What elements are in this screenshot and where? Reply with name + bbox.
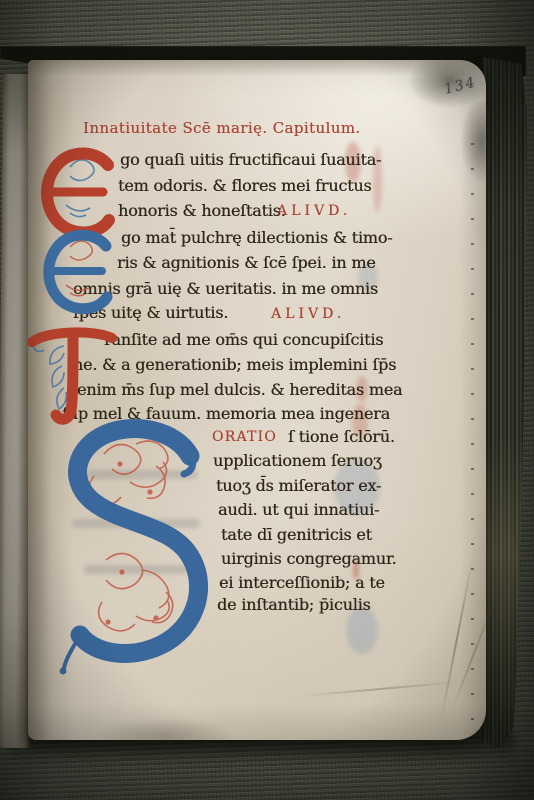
text-line: upplicationem ſeruoʒ	[213, 453, 382, 469]
aliud-rubric: ALIVD.	[271, 307, 345, 321]
text-line: uirginis congregamur.	[221, 551, 396, 567]
text-line: ris & agnitionis & ſcē ſpei. in me	[117, 255, 376, 271]
text-line: go quaſi uitis fructificaui ſuauita-	[120, 152, 381, 168]
rubric-heading: Innatiuitate Scē marię. Capitulum.	[83, 121, 361, 136]
letter-s-stroke	[77, 429, 198, 654]
initial-s-blue	[38, 422, 218, 674]
text-line: tuoʒ d̄s miſerator ex-	[216, 478, 381, 494]
oratio-rubric: ORATIO	[212, 430, 277, 444]
text-line: audi. ut qui innatiui-	[218, 502, 379, 518]
initial-e-blue	[42, 229, 118, 315]
text-line: tate dī genitricis et	[221, 527, 372, 543]
text-line: tem odoris. & flores mei fructus	[118, 178, 371, 194]
text-line: go mat̄ pulchrę dilectionis & timo-	[121, 230, 392, 246]
photo-background: { "page": { "folio_number": "134" }, "te…	[0, 0, 534, 800]
text-line: ei interceſſionib; a te	[219, 575, 385, 591]
text-line: omnis grā uię & ueritatis. in me omnis	[73, 281, 378, 297]
text-line: de inſtantib; p̄iculis	[217, 597, 371, 613]
text-line: enim m̄s ſup mel dulcis. & hereditas mea	[77, 382, 402, 398]
initial-t-red	[26, 320, 118, 428]
text-line: ſ tione ſclōrū.	[288, 429, 395, 445]
initial-e-red	[40, 147, 120, 239]
aliud-rubric: ALIVD.	[277, 204, 351, 218]
text-line: ranſite ad me om̄s qui concupiſcitis	[104, 332, 383, 348]
pricking-holes	[471, 143, 474, 727]
page-fore-edge-stack	[480, 57, 527, 748]
text-line: honoris & honeſtatis.	[118, 203, 286, 219]
